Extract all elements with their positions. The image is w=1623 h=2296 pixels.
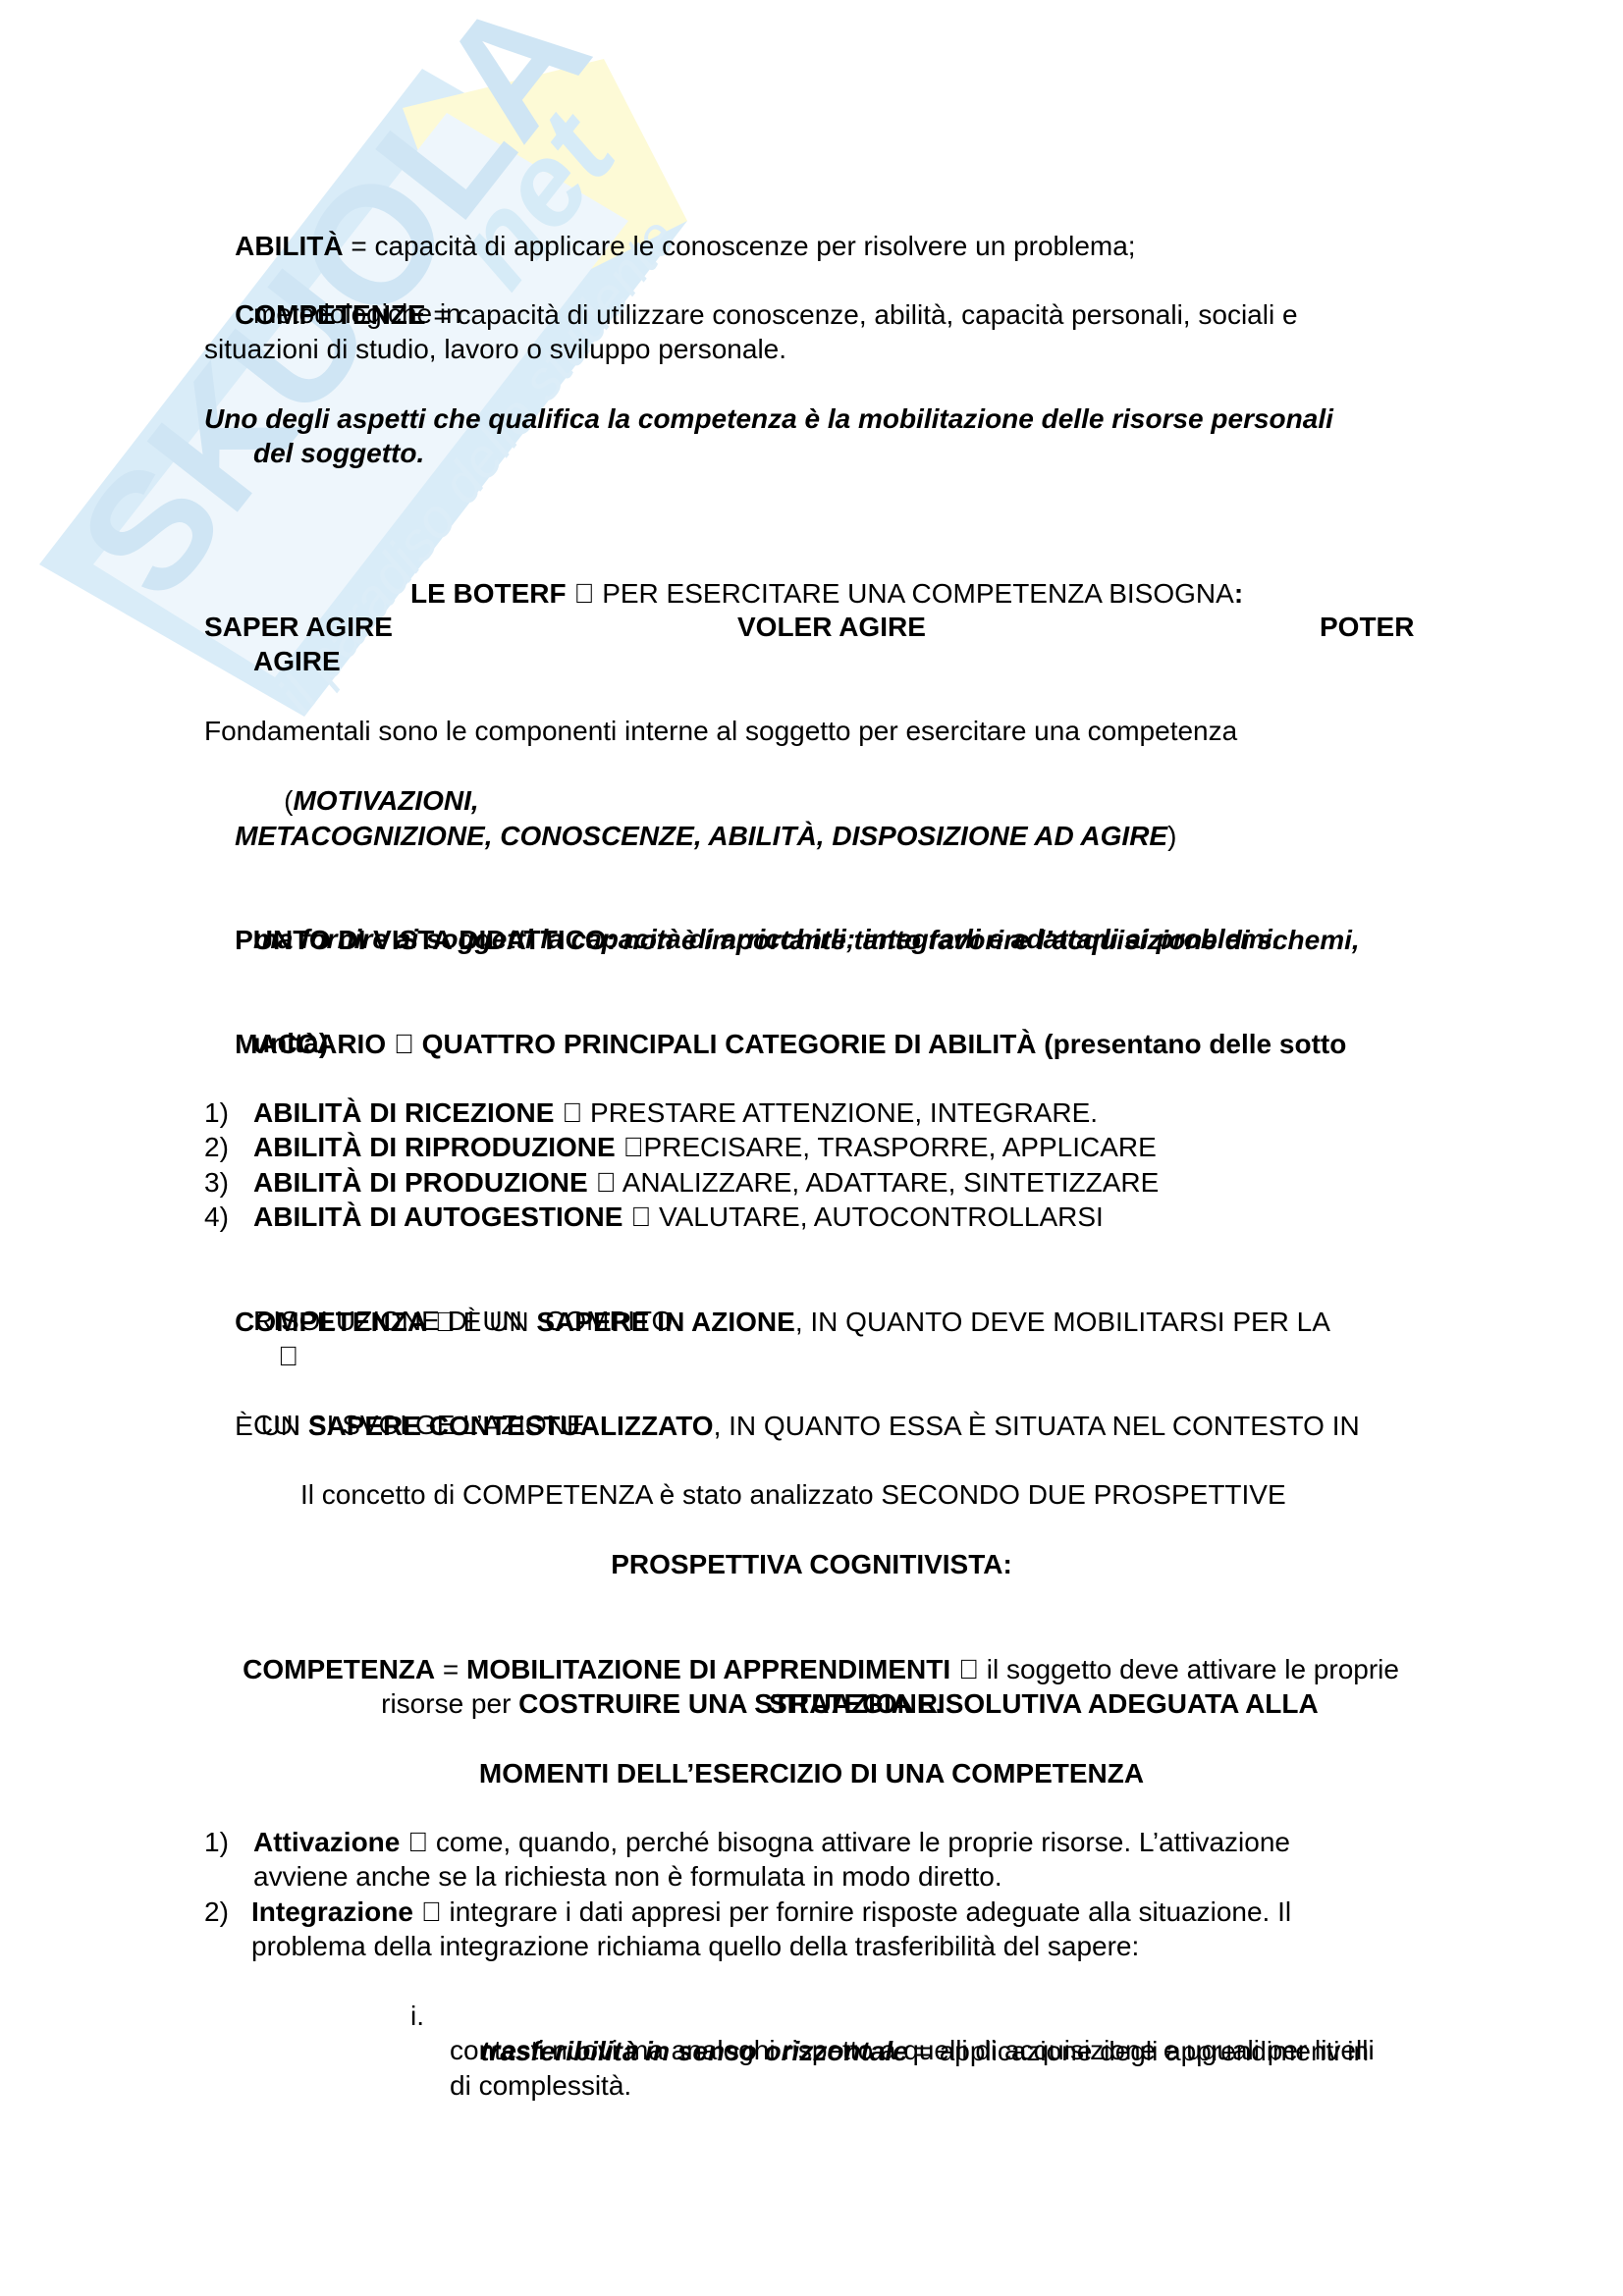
boterf-author: LE BOTERF — [410, 578, 567, 609]
list-item-sep — [616, 1132, 623, 1162]
arrow-icon:  — [394, 1027, 414, 1062]
list-item-continuation: avviene anche se la richiesta non è form… — [253, 1859, 1002, 1895]
list-item-number: 2) — [204, 1130, 229, 1165]
sublist-item-number: i. — [410, 1999, 424, 2034]
mobilitazione-note: Uno degli aspetti che qualifica la compe… — [204, 401, 1333, 437]
arrow-icon:  — [595, 1165, 616, 1201]
list-item-sep — [588, 1167, 596, 1198]
arrow-icon:  — [407, 1825, 428, 1860]
maccario-heading: MACCARIO  QUATTRO PRINCIPALI CATEGORIE … — [204, 991, 1346, 1096]
list-item-text: integrare i dati appresi per fornire ris… — [442, 1896, 1291, 1927]
competenza-contestualizzato-continuation: CUI SI SVOLGE L’AZIONE — [253, 1408, 585, 1443]
poter-agire-continuation: AGIRE — [253, 644, 341, 679]
list-item-title: Attivazione — [253, 1827, 400, 1857]
situazione-text: SITUAZIONE. — [769, 1686, 943, 1722]
maccario-continuation: unità) — [253, 1026, 328, 1061]
list-item-text: come, quando, perché bisogna attivare le… — [428, 1827, 1290, 1857]
list-item-number: 1) — [204, 1095, 229, 1131]
punto-di-vista-continuation: ma fornire ai soggetti la capacità di ar… — [253, 922, 1280, 957]
arrow-down-icon:  — [278, 1339, 298, 1374]
arrow-icon:  — [622, 1130, 643, 1165]
poter-agire: POTER — [1320, 610, 1414, 645]
fondamentali-list-end: METACOGNIZIONE, CONOSCENZE, ABILITÀ, DIS… — [204, 783, 1176, 888]
arrow-icon:  — [573, 576, 594, 612]
list-item-title: ABILITÀ DI PRODUZIONE — [253, 1167, 588, 1198]
definition-text: = capacità di utilizzare conoscenze, abi… — [426, 299, 1298, 330]
list-item: ABILITÀ DI PRODUZIONE  ANALIZZARE, ADAT… — [253, 1165, 1159, 1201]
voler-agire: VOLER AGIRE — [737, 610, 926, 645]
document-page: ABILITÀ = capacità di applicare le conos… — [0, 0, 1623, 2296]
list-item-title: Integrazione — [251, 1896, 413, 1927]
arrow-icon:  — [630, 1200, 651, 1235]
definition-continuation: situazioni di studio, lavoro o sviluppo … — [204, 332, 786, 367]
sublist-item-continuation: di complessità. — [450, 2068, 631, 2104]
arrow-icon:  — [421, 1895, 442, 1930]
list-item-text: PRECISARE, TRASPORRE, APPLICARE — [643, 1132, 1156, 1162]
components-list: METACOGNIZIONE, CONOSCENZE, ABILITÀ, DIS… — [235, 821, 1167, 851]
list-item-text: VALUTARE, AUTOCONTROLLARSI — [651, 1201, 1104, 1232]
term-abilita: ABILITÀ — [235, 231, 343, 261]
list-item-title: ABILITÀ DI AUTOGESTIONE — [253, 1201, 622, 1232]
concetto-text: Il concetto di COMPETENZA è stato analiz… — [300, 1477, 1286, 1513]
competenza-azione-continuation: RISOLUZIONE DI UN COMPITO — [253, 1304, 673, 1339]
list-item-text: PRESTARE ATTENZIONE, INTEGRARE. — [582, 1097, 1098, 1128]
prospettiva-heading: PROSPETTIVA COGNITIVISTA: — [0, 1547, 1623, 1582]
list-item-number: 2) — [204, 1895, 229, 1930]
mobilitazione-note-continuation: del soggetto. — [253, 436, 424, 471]
list-item-number: 3) — [204, 1165, 229, 1201]
momenti-heading: MOMENTI DELL’ESERCIZIO DI UNA COMPETENZA — [0, 1756, 1623, 1791]
list-item-text: ANALIZZARE, ADATTARE, SINTETIZZARE — [616, 1167, 1159, 1198]
list-item: ABILITÀ DI RIPRODUZIONE PRECISARE, TRAS… — [253, 1130, 1157, 1165]
maccario-text: QUATTRO PRINCIPALI CATEGORIE DI ABILITÀ … — [414, 1029, 1346, 1059]
list-item-title: ABILITÀ DI RIPRODUZIONE — [253, 1132, 616, 1162]
boterf-colon: : — [1234, 578, 1243, 609]
list-item-sep — [622, 1201, 630, 1232]
boterf-text: PER ESERCITARE UNA COMPETENZA BISOGNA — [594, 578, 1233, 609]
sublist-item-continuation: contesti nuovi ma analoghi rispetto a qu… — [450, 2033, 1375, 2068]
list-item-sep — [554, 1097, 562, 1128]
mobilitazione-text: risorse per — [381, 1688, 518, 1719]
list-item: Attivazione  come, quando, perché bisog… — [253, 1825, 1290, 1860]
list-item: Integrazione  integrare i dati appresi … — [251, 1895, 1291, 1930]
paren-close: ) — [1167, 821, 1176, 851]
list-item-number: 4) — [204, 1200, 229, 1235]
arrow-icon:  — [278, 1339, 298, 1374]
definition-continuation: metodologiche in — [253, 296, 461, 332]
competenza-text: , IN QUANTO ESSA È SITUATA NEL CONTESTO … — [714, 1411, 1360, 1441]
arrow-icon:  — [562, 1095, 582, 1131]
list-item: ABILITÀ DI RICEZIONE  PRESTARE ATTENZIO… — [253, 1095, 1098, 1131]
fondamentali-text: Fondamentali sono le componenti interne … — [204, 714, 1237, 749]
list-item-title: ABILITÀ DI RICEZIONE — [253, 1097, 554, 1128]
list-item-number: 1) — [204, 1825, 229, 1860]
list-item-continuation: problema della integrazione richiama que… — [251, 1929, 1139, 1964]
definition-text: = capacità di applicare le conoscenze pe… — [344, 231, 1136, 261]
list-item: ABILITÀ DI AUTOGESTIONE  VALUTARE, AUTO… — [253, 1200, 1104, 1235]
competenza-text: , IN QUANTO DEVE MOBILITARSI PER LA — [795, 1307, 1330, 1337]
saper-agire: SAPER AGIRE — [204, 610, 393, 645]
